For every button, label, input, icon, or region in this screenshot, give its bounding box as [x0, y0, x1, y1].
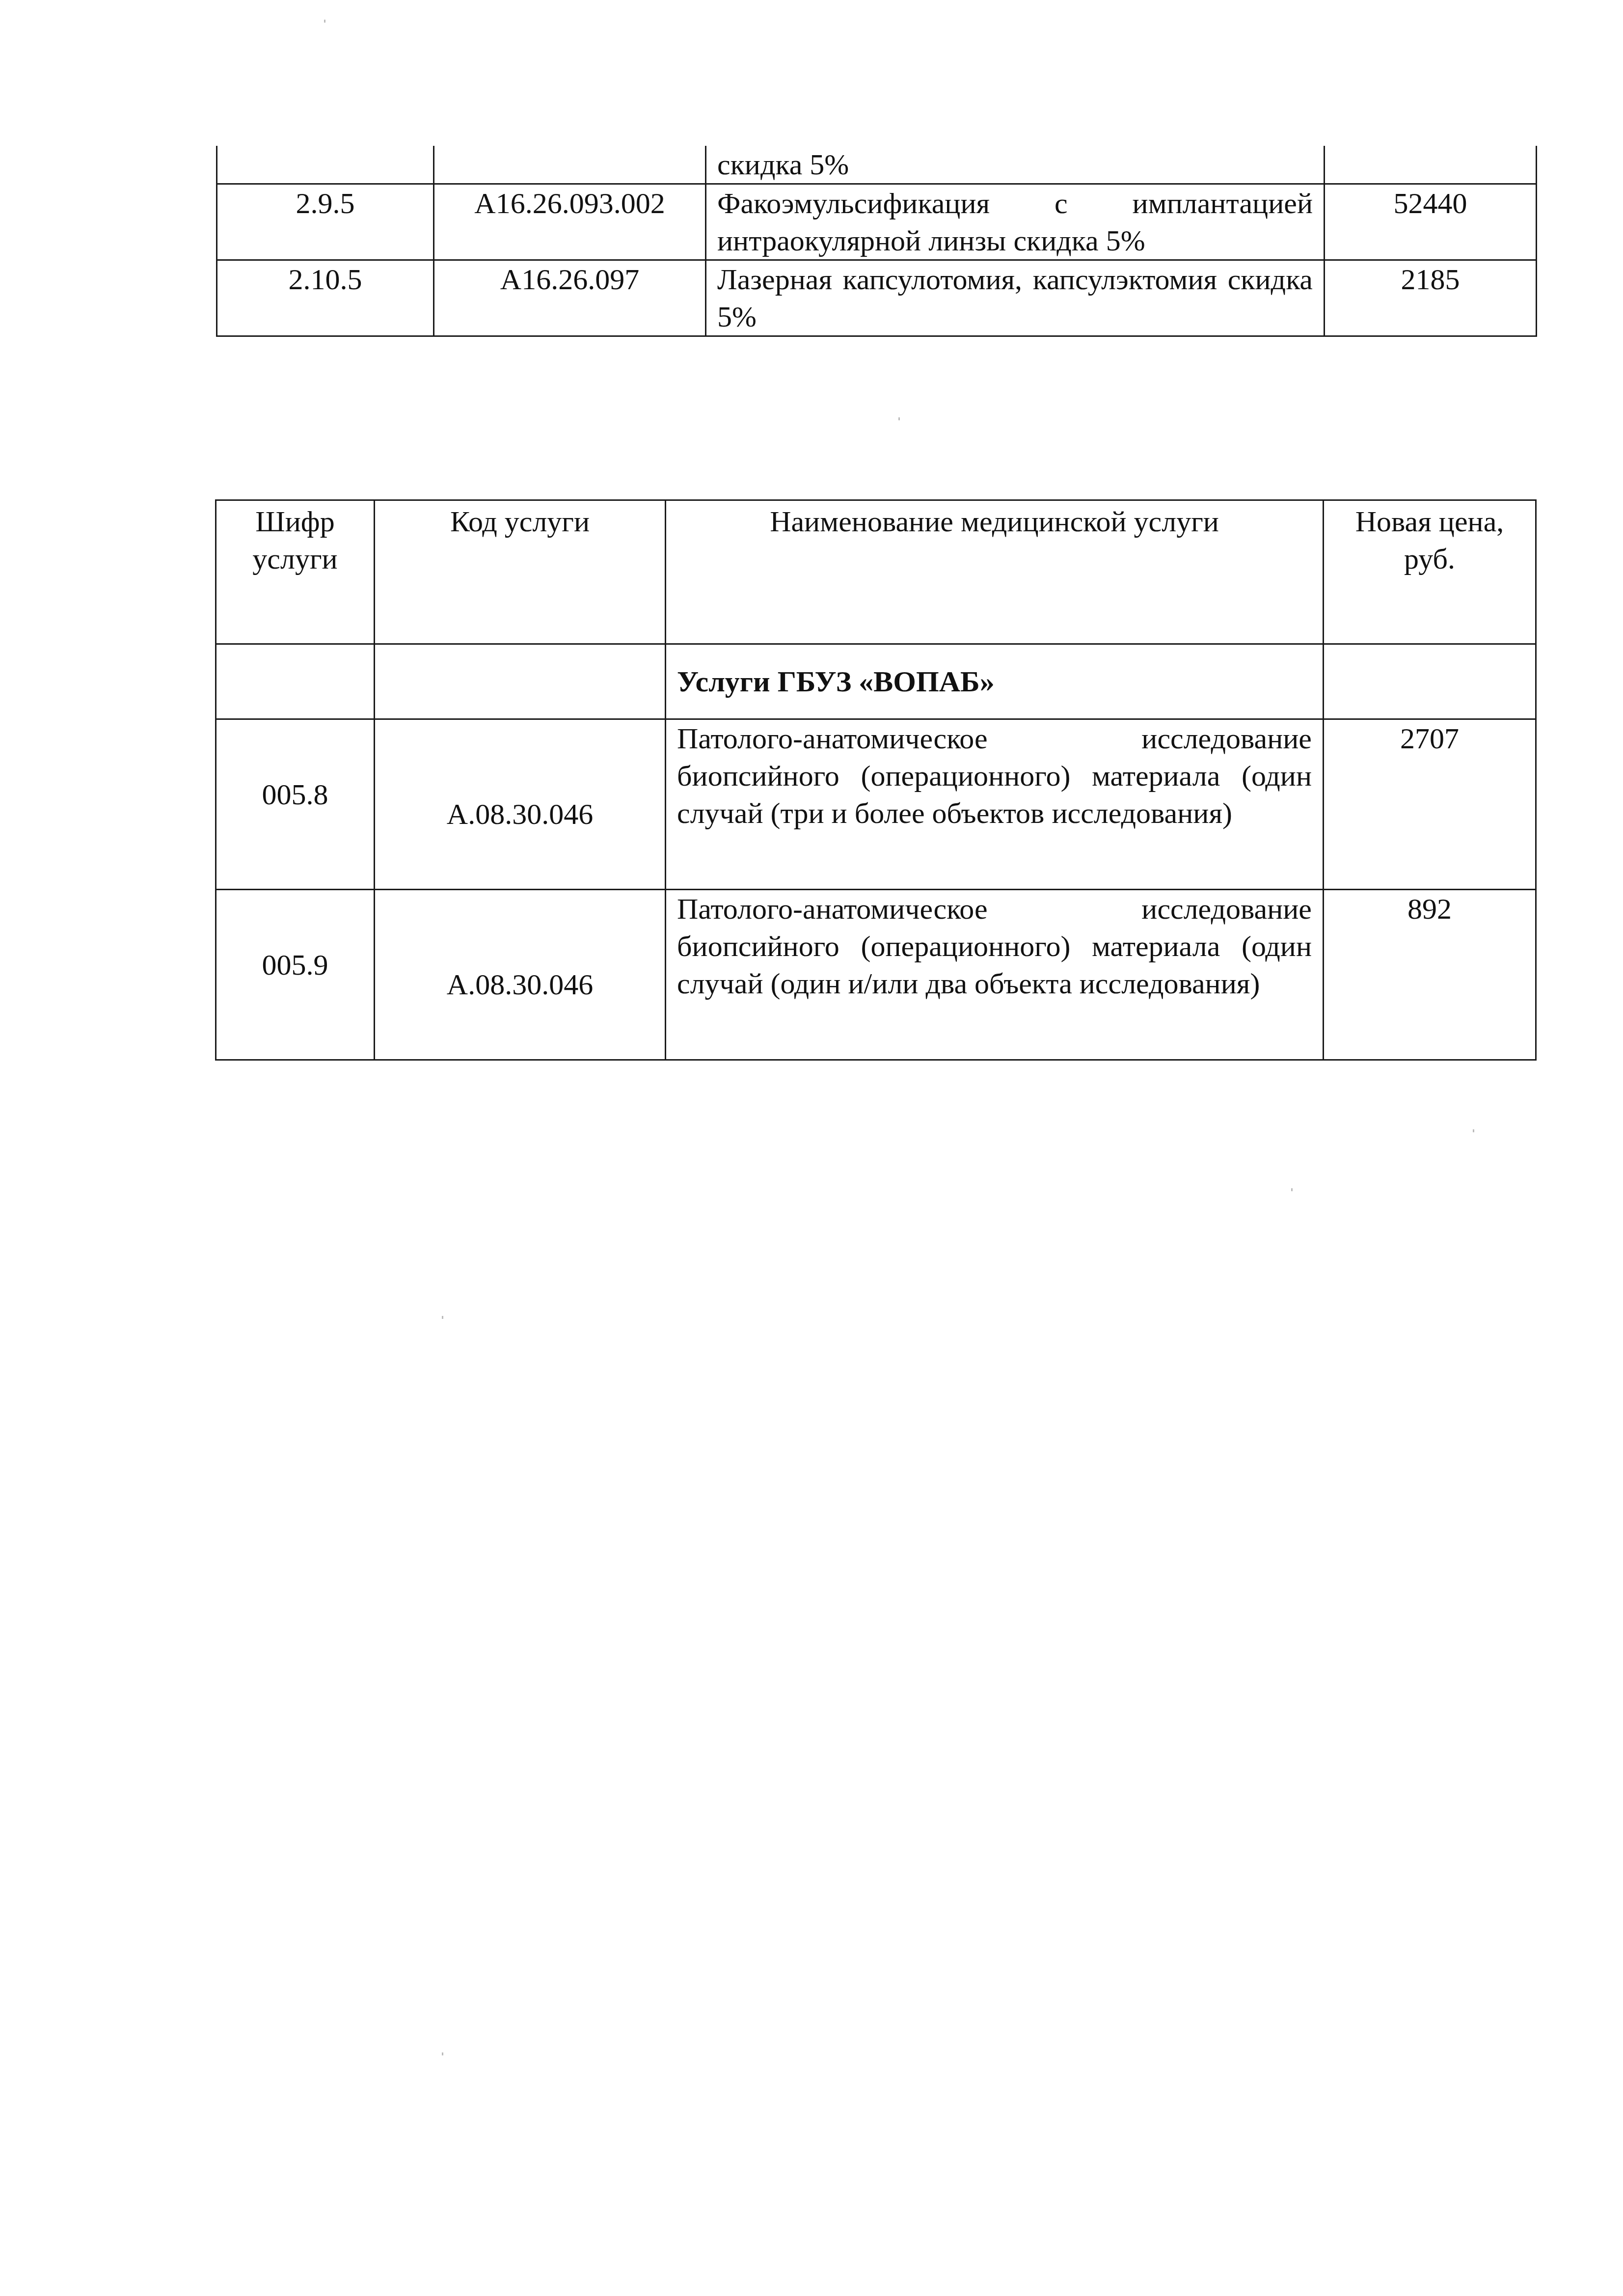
cipher-cell	[217, 146, 434, 184]
table-row: 005.9 A.08.30.046 Патолого-анатомическое…	[216, 890, 1536, 1060]
header-cipher: Шифр услуги	[216, 500, 375, 644]
price-cell: 2707	[1324, 719, 1536, 890]
scan-speck	[1473, 1129, 1474, 1132]
table-header-row: Шифр услуги Код услуги Наименование меди…	[216, 500, 1536, 644]
cipher-cell: 2.10.5	[217, 260, 434, 336]
price-cell: 2185	[1325, 260, 1537, 336]
service-name-cell: Патолого-анатомическое исследование биоп…	[666, 719, 1324, 890]
empty-cell	[375, 644, 666, 719]
header-price: Новая цена, руб.	[1324, 500, 1536, 644]
price-table-continued: скидка 5% 2.9.5 A16.26.093.002 Факоэмуль…	[216, 146, 1537, 337]
service-name-cell: скидка 5%	[706, 146, 1325, 184]
scan-speck	[898, 417, 900, 420]
header-name: Наименование медицинской услуги	[666, 500, 1324, 644]
cipher-cell: 005.9	[216, 890, 375, 1060]
price-cell: 52440	[1325, 184, 1537, 260]
cipher-cell: 2.9.5	[217, 184, 434, 260]
service-name-cell: Патолого-анатомическое исследование биоп…	[666, 890, 1324, 1060]
code-cell: A.08.30.046	[375, 719, 666, 890]
table-row: 2.9.5 A16.26.093.002 Факоэмульсификация …	[217, 184, 1537, 260]
section-row: Услуги ГБУЗ «ВОПАБ»	[216, 644, 1536, 719]
scan-speck	[1291, 1188, 1293, 1191]
cipher-cell: 005.8	[216, 719, 375, 890]
scan-speck	[442, 2052, 443, 2055]
code-cell: A16.26.097	[434, 260, 706, 336]
price-cell: 892	[1324, 890, 1536, 1060]
section-title: Услуги ГБУЗ «ВОПАБ»	[666, 644, 1324, 719]
table-row: 005.8 A.08.30.046 Патолого-анатомическое…	[216, 719, 1536, 890]
table-row: 2.10.5 A16.26.097 Лазерная капсулотомия,…	[217, 260, 1537, 336]
header-code: Код услуги	[375, 500, 666, 644]
scan-speck	[442, 1316, 443, 1319]
price-cell	[1325, 146, 1537, 184]
price-table: Шифр услуги Код услуги Наименование меди…	[215, 499, 1537, 1061]
code-cell: A.08.30.046	[375, 890, 666, 1060]
code-cell: A16.26.093.002	[434, 184, 706, 260]
code-cell	[434, 146, 706, 184]
scan-speck	[324, 20, 325, 23]
service-name-cell: Факоэмульсификация с имплантацией интрао…	[706, 184, 1325, 260]
empty-cell	[216, 644, 375, 719]
service-name-cell: Лазерная капсулотомия, капсулэктомия ски…	[706, 260, 1325, 336]
table-row: скидка 5%	[217, 146, 1537, 184]
empty-cell	[1324, 644, 1536, 719]
